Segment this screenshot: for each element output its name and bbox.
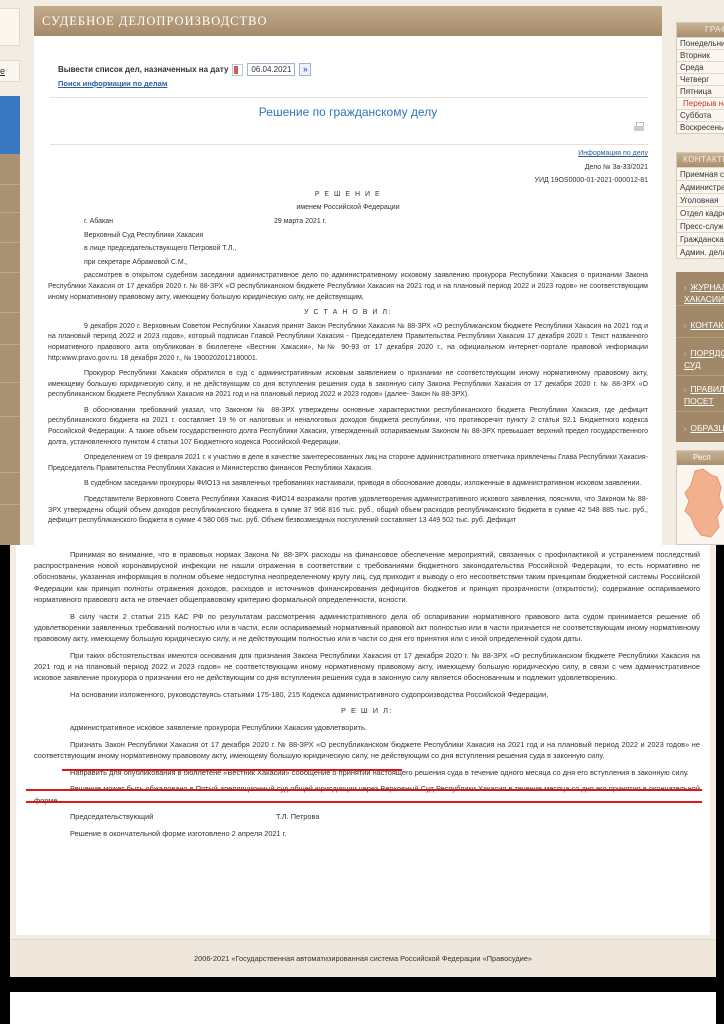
schedule-row: Воскресенье	[677, 121, 724, 133]
chevron-right-icon: ›	[684, 351, 686, 358]
date-filter: Вывести список дел, назначенных на дату …	[58, 63, 311, 76]
ruling-text: административное исковое заявление проку…	[70, 723, 367, 732]
final-form-text: Решение в окончательной форме изготовлен…	[70, 828, 287, 839]
left-nav-menu	[0, 154, 20, 545]
contact-row: Отдел кадров	[677, 206, 724, 219]
signature-role: Председательствующий	[70, 811, 276, 822]
established-heading: У С Т А Н О В И Л:	[48, 308, 648, 319]
footer: 2006-2021 «Государственная автоматизиров…	[10, 939, 716, 977]
contact-row: Админ. дела	[677, 245, 724, 258]
schedule-panel: ГРАФИК Понедельник Вторник Среда Четверг…	[676, 22, 724, 134]
paragraph: Принимая во внимание, что в правовых нор…	[34, 549, 700, 605]
red-underline-annotation	[26, 801, 702, 803]
divider	[0, 272, 20, 273]
chevron-right-icon: ›	[684, 285, 686, 292]
decided-heading: Р Е Ш И Л:	[34, 705, 700, 716]
page-title: Решение по гражданскому делу	[34, 105, 662, 119]
left-nav-box[interactable]	[0, 8, 20, 46]
paragraph: В силу части 2 статьи 215 КАС РФ по резу…	[34, 611, 700, 645]
divider	[0, 344, 20, 345]
final-form-note: Решение в окончательной форме изготовлен…	[34, 828, 700, 839]
schedule-row: Понедельник	[677, 37, 724, 49]
region-map-panel: Респ	[676, 450, 724, 545]
divider	[50, 97, 648, 98]
search-cases-link[interactable]: Поиск информации по делам	[58, 79, 167, 88]
schedule-title: ГРАФИК	[677, 23, 724, 37]
calendar-icon[interactable]	[232, 64, 243, 76]
decision-continuation: Принимая во внимание, что в правовых нор…	[16, 545, 710, 935]
contact-row: Гражданская	[677, 232, 724, 245]
signature-name: Т.Л. Петрова	[276, 811, 319, 822]
date-filter-label: Вывести список дел, назначенных на дату	[58, 65, 228, 74]
paragraph: Прокурор Республики Хакасия обратился в …	[48, 369, 648, 401]
divider	[0, 504, 20, 505]
double-chevron-right-icon: »	[303, 64, 308, 74]
paragraph: 9 декабря 2020 г. Верховным Советом Респ…	[48, 322, 648, 364]
go-button[interactable]: »	[299, 63, 311, 76]
divider	[0, 184, 20, 185]
schedule-row: Четверг	[677, 73, 724, 85]
left-navigation: те	[0, 0, 20, 545]
side-link-samples[interactable]: ›ОБРАЗЦЫ	[676, 416, 724, 440]
blank-panel	[10, 992, 716, 1024]
chevron-right-icon: ›	[684, 387, 686, 394]
map-title: Респ	[677, 451, 724, 465]
case-number: Дело № 3а-33/2021	[48, 163, 648, 174]
section-header: СУДЕБНОЕ ДЕЛОПРОИЗВОДСТВО	[34, 6, 662, 36]
ruling-invalidate-law: Признать Закон Республики Хакасия от 17 …	[34, 739, 700, 761]
top-screenshot: те СУДЕБНОЕ ДЕЛОПРОИЗВОДСТВО Вывести спи…	[0, 0, 724, 545]
schedule-row: Вторник	[677, 49, 724, 61]
secretary: при секретаре Абрамовой С.М.,	[48, 258, 648, 269]
contact-row: Администратор	[677, 180, 724, 193]
side-links: ›ЖУРНАЛ ХАКАСИИ ›КОНТАКТЫ ›ПОРЯДОК СУД ›…	[676, 272, 724, 442]
contacts-panel: КОНТАКТЫ Приемная суда Администратор Уго…	[676, 152, 724, 259]
case-uid: УИД 19OS0000-01-2021-000012-81	[48, 176, 648, 187]
chevron-right-icon: ›	[684, 426, 686, 433]
contact-row: Пресс-служба	[677, 219, 724, 232]
chevron-right-icon: ›	[684, 323, 686, 330]
red-underline-annotation	[62, 769, 402, 771]
paragraph: В обосновании требований указал, что Зак…	[48, 406, 648, 448]
paragraph: В судебном заседании прокуроры ФИО13 на …	[48, 479, 648, 490]
region-map-icon[interactable]	[681, 467, 724, 543]
document-subheading: именем Российской Федерации	[48, 203, 648, 214]
case-info-link[interactable]: Информация по делу	[578, 150, 648, 157]
contact-row: Приемная суда	[677, 167, 724, 180]
place-date-row: г. Абакан 29 марта 2021 г.	[48, 217, 648, 228]
city: г. Абакан	[84, 217, 274, 228]
date-input[interactable]	[247, 63, 295, 76]
decision-document: Информация по делу Дело № 3а-33/2021 УИД…	[48, 149, 648, 532]
paragraph: При таких обстоятельствах имеются основа…	[34, 650, 700, 684]
paragraph: На основании изложенного, руководствуясь…	[34, 689, 700, 700]
right-sidebar: ГРАФИК Понедельник Вторник Среда Четверг…	[676, 0, 724, 545]
side-link-rules[interactable]: ›ПРАВИЛА ПОСЕТ	[676, 380, 724, 412]
contacts-title: КОНТАКТЫ	[677, 153, 724, 167]
main-content: СУДЕБНОЕ ДЕЛОПРОИЗВОДСТВО Вывести список…	[34, 6, 662, 545]
schedule-row: Среда	[677, 61, 724, 73]
paragraph: Определением от 19 февраля 2021 г. к уча…	[48, 453, 648, 474]
intro-paragraph: рассмотрев в открытом судебном заседании…	[48, 271, 648, 303]
signature-row: Председательствующий Т.Л. Петрова	[34, 811, 700, 822]
side-link-journal[interactable]: ›ЖУРНАЛ ХАКАСИИ	[676, 278, 724, 306]
side-link-contacts[interactable]: ›КОНТАКТЫ	[676, 312, 724, 338]
bottom-screenshot: Принимая во внимание, что в правовых нор…	[10, 545, 716, 977]
left-nav-active-item[interactable]	[0, 96, 20, 154]
paragraph: Представители Верховного Совета Республи…	[48, 495, 648, 527]
contact-row: Уголовная	[677, 193, 724, 206]
divider	[0, 212, 20, 213]
divider	[0, 382, 20, 383]
divider	[0, 472, 20, 473]
print-icon[interactable]	[634, 122, 644, 132]
schedule-row: Пятница	[677, 85, 724, 97]
decision-date: 29 марта 2021 г.	[274, 217, 326, 228]
schedule-row: Суббота	[677, 109, 724, 121]
left-nav-link[interactable]: те	[0, 60, 20, 82]
divider	[50, 144, 648, 145]
court-name: Верховный Суд Республики Хакасия	[48, 231, 648, 242]
side-link-procedure[interactable]: ›ПОРЯДОК СУД	[676, 344, 724, 376]
divider	[0, 416, 20, 417]
ruling-satisfy: административное исковое заявление проку…	[34, 722, 700, 733]
schedule-row-break: Перерыв на обед	[677, 97, 724, 109]
red-underline-annotation	[26, 789, 702, 791]
document-heading: Р Е Ш Е Н И Е	[48, 190, 648, 201]
divider	[0, 312, 20, 313]
divider	[0, 242, 20, 243]
presiding-judge: в лице председательствующего Петровой Т.…	[48, 244, 648, 255]
